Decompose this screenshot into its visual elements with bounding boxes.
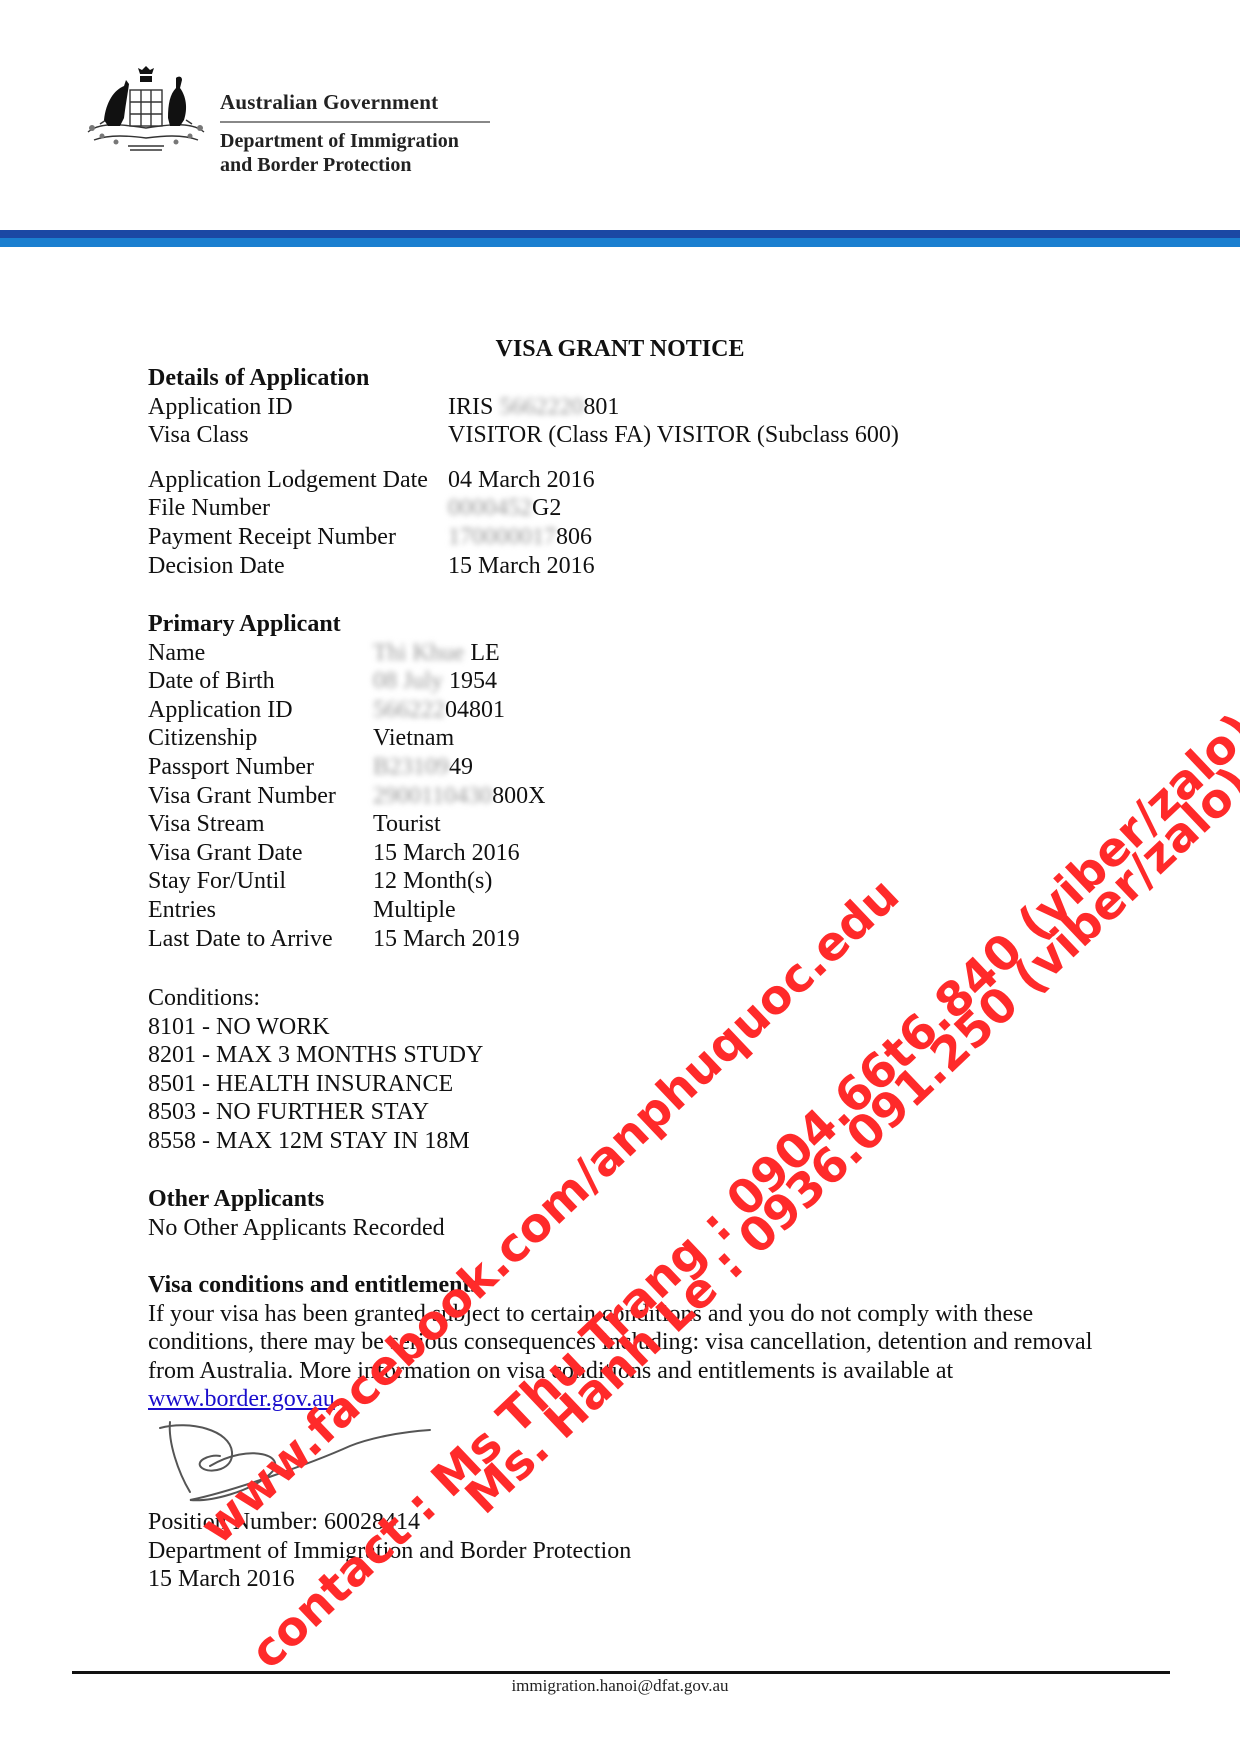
condition-item: 8558 - MAX 12M STAY IN 18M <box>148 1127 483 1156</box>
detail-value: IRIS 5662220801 <box>448 393 619 422</box>
government-header: Australian Government Department of Immi… <box>220 90 490 177</box>
other-applicants-heading: Other Applicants <box>148 1185 445 1214</box>
government-name: Australian Government <box>220 90 490 115</box>
other-applicants-section: Other Applicants No Other Applicants Rec… <box>148 1185 445 1242</box>
applicant-row: Application ID56622204801 <box>148 696 545 725</box>
detail-label: File Number <box>148 494 448 523</box>
primary-applicant-heading: Primary Applicant <box>148 610 545 639</box>
footer-divider <box>72 1671 1170 1674</box>
footer-email[interactable]: immigration.hanoi@dfat.gov.au <box>0 1676 1240 1696</box>
detail-row-file-number: File Number 0000452G2 <box>148 494 899 523</box>
detail-label: Decision Date <box>148 552 448 581</box>
applicant-value: Thi Khue LE <box>373 639 500 668</box>
header-divider <box>220 121 490 123</box>
conditions-section: Conditions: 8101 - NO WORK8201 - MAX 3 M… <box>148 984 483 1156</box>
applicant-value: 56622204801 <box>373 696 505 725</box>
document-title: VISA GRANT NOTICE <box>0 336 1240 363</box>
condition-item: 8101 - NO WORK <box>148 1013 483 1042</box>
detail-label: Payment Receipt Number <box>148 523 448 552</box>
detail-value: 0000452G2 <box>448 494 561 523</box>
applicant-label: Date of Birth <box>148 667 373 696</box>
applicant-value: 15 March 2019 <box>373 925 520 954</box>
applicant-label: Stay For/Until <box>148 867 373 896</box>
applicant-value: Multiple <box>373 896 456 925</box>
detail-label: Visa Class <box>148 421 448 450</box>
condition-item: 8503 - NO FURTHER STAY <box>148 1098 483 1127</box>
applicant-row: Visa Grant Number2900110430800X <box>148 782 545 811</box>
header-band-light <box>0 238 1240 247</box>
applicant-label: Passport Number <box>148 753 373 782</box>
detail-value: 15 March 2016 <box>448 552 595 581</box>
redacted-value: 5662220 <box>499 393 583 422</box>
applicant-label: Application ID <box>148 696 373 725</box>
redacted-value: 2900110430 <box>373 782 492 811</box>
detail-row-lodgement-date: Application Lodgement Date 04 March 2016 <box>148 466 899 495</box>
department-line-2: and Border Protection <box>220 153 490 177</box>
primary-applicant-section: Primary Applicant NameThi Khue LEDate of… <box>148 610 545 953</box>
redacted-value: 08 July <box>373 667 443 696</box>
applicant-label: Visa Grant Number <box>148 782 373 811</box>
detail-value: 04 March 2016 <box>448 466 595 495</box>
applicant-label: Last Date to Arrive <box>148 925 373 954</box>
other-applicants-text: No Other Applicants Recorded <box>148 1214 445 1243</box>
applicant-value: B2310949 <box>373 753 473 782</box>
detail-value: 170000017806 <box>448 523 592 552</box>
coat-of-arms-icon <box>80 62 212 162</box>
detail-row-application-id: Application ID IRIS 5662220801 <box>148 393 899 422</box>
redacted-value: 170000017 <box>448 523 556 552</box>
details-heading: Details of Application <box>148 364 899 393</box>
applicant-value: Vietnam <box>373 724 454 753</box>
applicant-label: Visa Stream <box>148 810 373 839</box>
detail-label: Application Lodgement Date <box>148 466 448 495</box>
department-line-1: Department of Immigration <box>220 129 490 153</box>
applicant-row: Stay For/Until12 Month(s) <box>148 867 545 896</box>
condition-item: 8501 - HEALTH INSURANCE <box>148 1070 483 1099</box>
detail-label: Application ID <box>148 393 448 422</box>
applicant-row: Passport NumberB2310949 <box>148 753 545 782</box>
detail-value: VISITOR (Class FA) VISITOR (Subclass 600… <box>448 421 899 450</box>
applicant-row: Visa StreamTourist <box>148 810 545 839</box>
applicant-label: Entries <box>148 896 373 925</box>
applicant-value: 08 July 1954 <box>373 667 497 696</box>
redacted-value: 0000452 <box>448 494 532 523</box>
details-section: Details of Application Application ID IR… <box>148 364 899 580</box>
applicant-row: Date of Birth08 July 1954 <box>148 667 545 696</box>
applicant-label: Name <box>148 639 373 668</box>
applicant-row: CitizenshipVietnam <box>148 724 545 753</box>
applicant-label: Visa Grant Date <box>148 839 373 868</box>
detail-row-decision-date: Decision Date 15 March 2016 <box>148 552 899 581</box>
applicant-row: NameThi Khue LE <box>148 639 545 668</box>
applicant-row: Visa Grant Date15 March 2016 <box>148 839 545 868</box>
applicant-value: 15 March 2016 <box>373 839 520 868</box>
redacted-value: Thi Khue <box>373 639 464 668</box>
header-band-dark <box>0 230 1240 238</box>
condition-item: 8201 - MAX 3 MONTHS STUDY <box>148 1041 483 1070</box>
conditions-heading: Conditions: <box>148 984 483 1013</box>
redacted-value: 566222 <box>373 696 445 725</box>
applicant-row: EntriesMultiple <box>148 896 545 925</box>
detail-row-visa-class: Visa Class VISITOR (Class FA) VISITOR (S… <box>148 421 899 450</box>
applicant-label: Citizenship <box>148 724 373 753</box>
applicant-value: Tourist <box>373 810 441 839</box>
detail-row-payment-receipt: Payment Receipt Number 170000017806 <box>148 523 899 552</box>
applicant-row: Last Date to Arrive15 March 2019 <box>148 925 545 954</box>
redacted-value: B23109 <box>373 753 449 782</box>
applicant-value: 12 Month(s) <box>373 867 492 896</box>
applicant-value: 2900110430800X <box>373 782 545 811</box>
